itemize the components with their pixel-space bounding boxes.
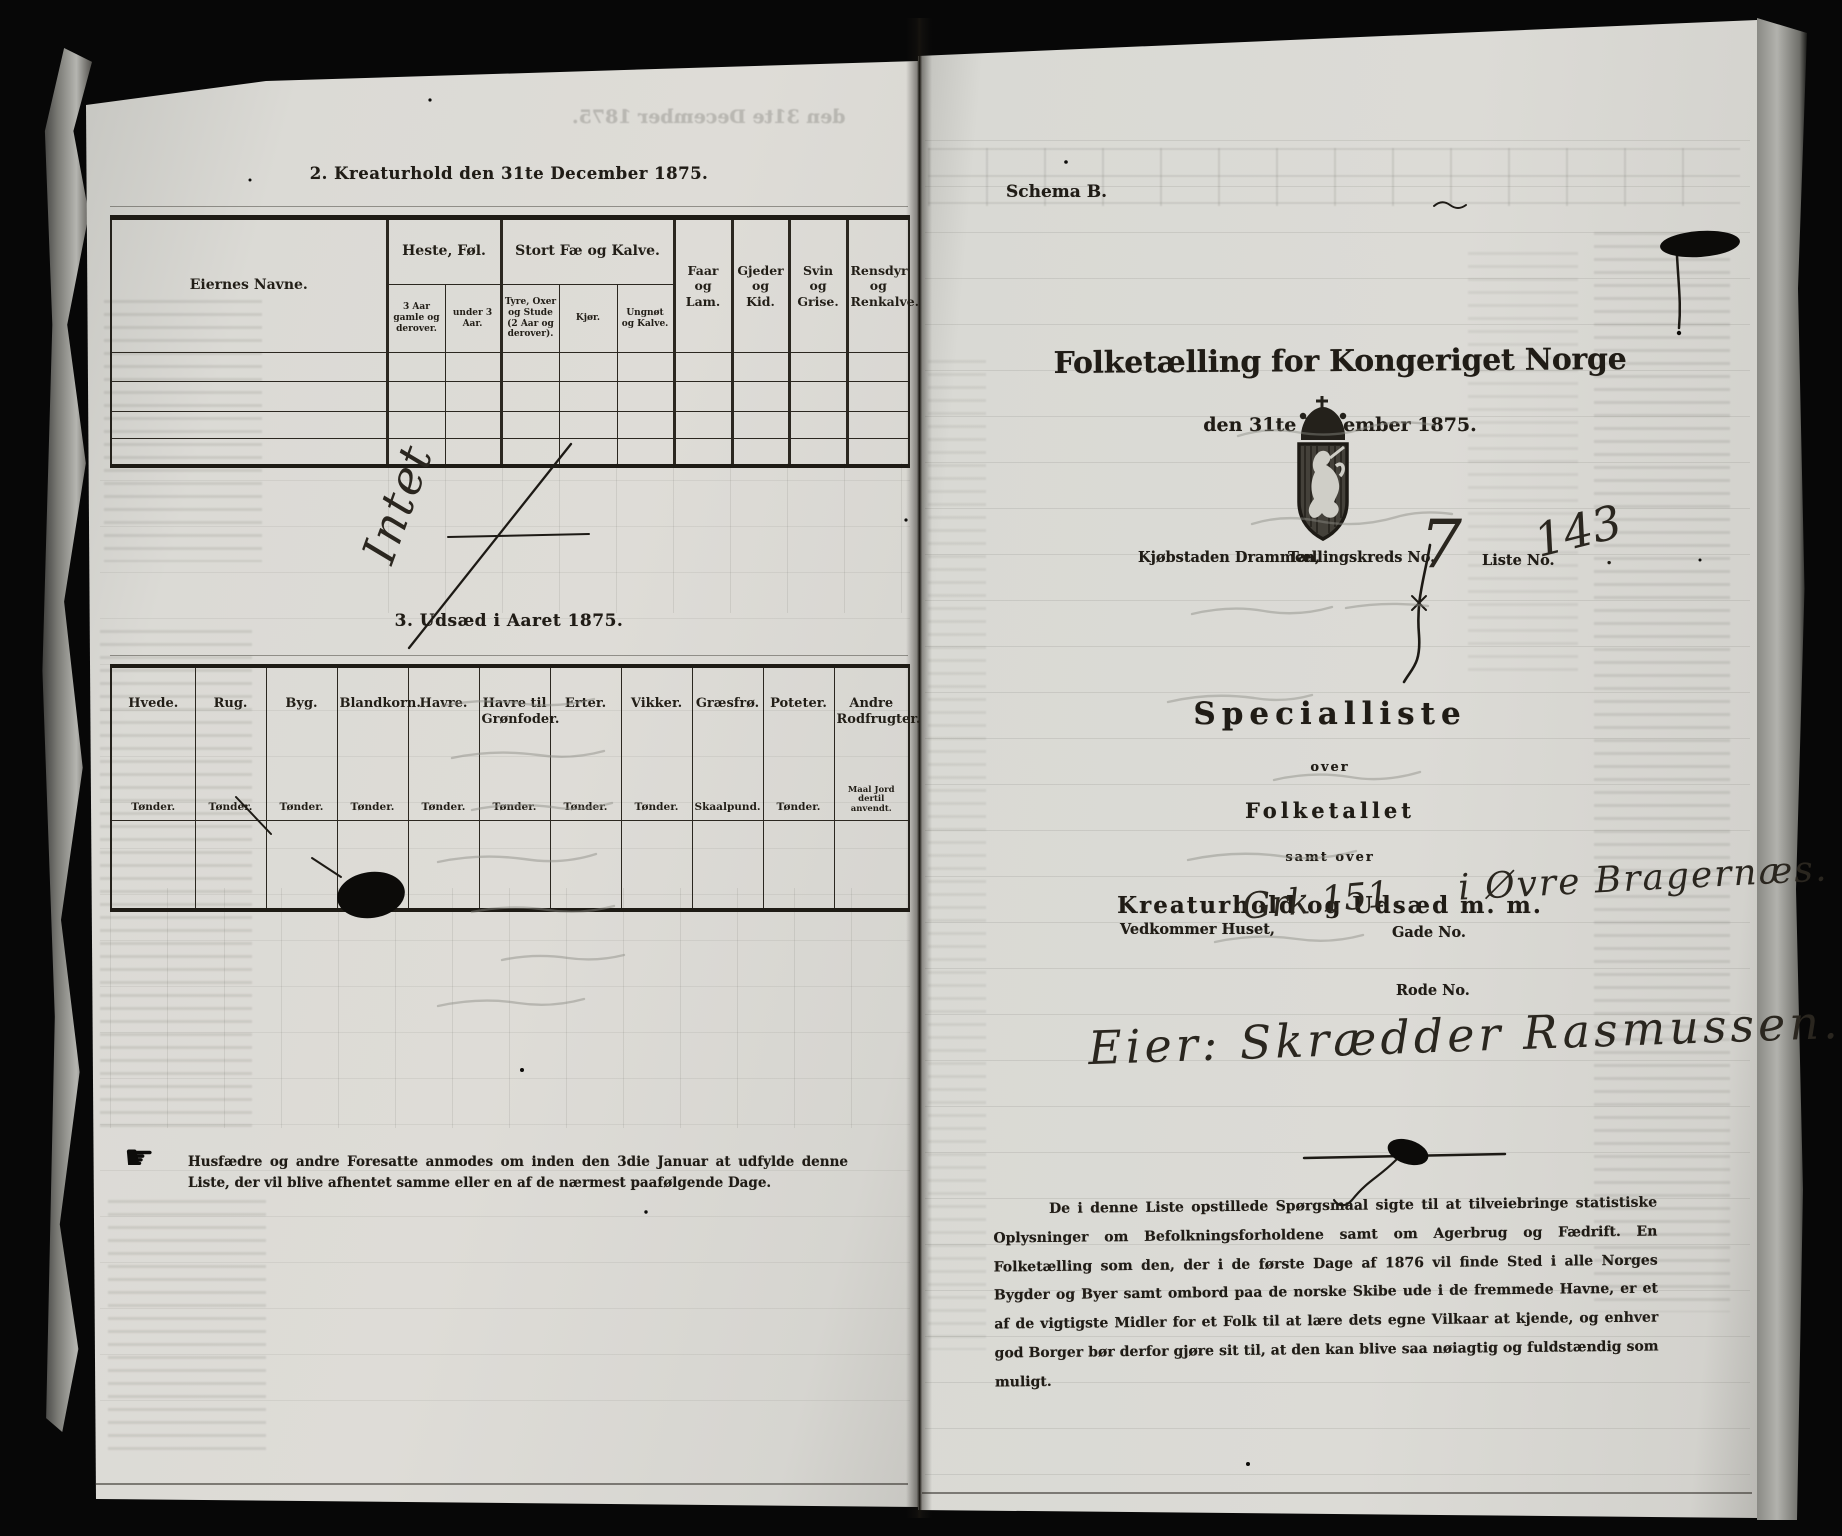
empty-cell — [617, 353, 674, 382]
empty-cell — [732, 439, 789, 466]
empty-cell — [789, 353, 847, 382]
empty-cell — [621, 821, 692, 910]
subcol-heste-under3: under 3 Aar. — [445, 285, 501, 353]
col-header-eiernes-navne: Eiernes Navne. — [111, 218, 387, 353]
torn-page-edge — [30, 48, 92, 1432]
ghost-margin-text-c — [108, 1200, 266, 1450]
empty-cell — [834, 821, 909, 910]
subcol-heste-3aar: 3 Aar gamle og derover. — [387, 285, 445, 353]
empty-cell — [479, 821, 550, 910]
schema-label: Schema B. — [1006, 182, 1107, 202]
instruction-paragraph: De i denne Liste opstillede Spørgsmaal s… — [993, 1189, 1659, 1398]
empty-cell — [111, 821, 195, 910]
col-unit: Tønder. — [482, 802, 548, 814]
col-header-poteter: Poteter.Tønder. — [763, 666, 834, 821]
empty-cell — [617, 412, 674, 439]
ghost-column-near-fold — [928, 360, 986, 1350]
col-header-rug: Rug.Tønder. — [195, 666, 266, 821]
col-header-byg: Byg.Tønder. — [266, 666, 337, 821]
empty-cell — [387, 412, 445, 439]
col-name: Havre. — [411, 696, 477, 712]
empty-cell — [692, 821, 763, 910]
empty-cell — [847, 353, 909, 382]
empty-cell — [111, 439, 387, 466]
empty-cell — [847, 382, 909, 412]
empty-cell — [559, 353, 617, 382]
district-label: Tællingskreds No. — [1288, 549, 1435, 566]
specialliste-folketallet: Folketallet — [1030, 798, 1630, 823]
empty-cell — [674, 353, 732, 382]
col-header-havre: Havre.Tønder. — [408, 666, 479, 821]
col-name: Hvede. — [114, 696, 193, 712]
handwritten-district-number: 7 — [1420, 506, 1462, 583]
empty-cell — [789, 439, 847, 466]
subcol-tyre-oxer: Tyre, Oxer og Stude (2 Aar og derover). — [501, 285, 559, 353]
empty-cell — [337, 821, 408, 910]
empty-cell — [387, 382, 445, 412]
empty-cell — [445, 382, 501, 412]
crown-cross — [1316, 396, 1328, 408]
table-row — [111, 353, 909, 382]
empty-cell — [501, 382, 559, 412]
col-unit: Tønder. — [766, 802, 832, 814]
ghost-mirrored-date: den 31te December 1875. — [572, 106, 846, 128]
col-name: Erter. — [553, 696, 619, 712]
udsaed-table: Hvede.Tønder. Rug.Tønder. Byg.Tønder. Bl… — [110, 664, 910, 912]
empty-cell — [617, 382, 674, 412]
empty-cell — [445, 412, 501, 439]
empty-cell — [408, 821, 479, 910]
group-header-stort-fae: Stort Fæ og Kalve. — [501, 218, 674, 285]
empty-cell — [732, 412, 789, 439]
table-row — [111, 412, 909, 439]
empty-cell — [501, 412, 559, 439]
col-name: Byg. — [269, 696, 335, 712]
underlying-page-edge — [1757, 18, 1807, 1520]
empty-cell — [789, 412, 847, 439]
col-name: Havre til Grønfoder. — [482, 696, 548, 727]
col-unit: Maal Jord dertil anvendt. — [837, 786, 907, 814]
empty-cell — [732, 382, 789, 412]
empty-cell — [674, 439, 732, 466]
empty-cell — [847, 439, 909, 466]
crown — [1301, 407, 1345, 440]
empty-cell — [445, 353, 501, 382]
col-unit: Tønder. — [114, 802, 193, 814]
empty-cell — [847, 412, 909, 439]
table-row — [111, 439, 909, 466]
col-name: Græsfrø. — [695, 696, 761, 712]
kreaturhold-title: 2. Kreaturhold den 31te December 1875. — [110, 164, 908, 183]
gade-label: Gade No. — [1392, 924, 1466, 941]
empty-cell — [732, 353, 789, 382]
ghost-print-column-inner — [1468, 252, 1578, 672]
manicule-icon: ☛ — [124, 1138, 154, 1178]
col-header-erter: Erter.Tønder. — [550, 666, 621, 821]
empty-cell — [674, 412, 732, 439]
col-name: Poteter. — [766, 696, 832, 712]
empty-cell — [674, 382, 732, 412]
empty-cell — [550, 821, 621, 910]
table1-top-ruling — [110, 206, 908, 207]
col-unit: Tønder. — [624, 802, 690, 814]
col-unit: Tønder. — [411, 802, 477, 814]
empty-cell — [387, 353, 445, 382]
bottom-crease-right — [922, 1492, 1752, 1494]
col-name: Vikker. — [624, 696, 690, 712]
empty-cell — [763, 821, 834, 910]
col-name: Rug. — [198, 696, 264, 712]
empty-cell — [445, 439, 501, 466]
scanned-census-spread: den 31te December 1875. 2. Kreaturhold d… — [0, 0, 1842, 1536]
empty-cell — [266, 821, 337, 910]
col-header-andre-rodfrugter: Andre Rodfrugter.Maal Jord dertil anvend… — [834, 666, 909, 821]
empty-cell — [111, 353, 387, 382]
empty-cell — [195, 821, 266, 910]
coat-of-arms-norway — [1284, 392, 1364, 546]
specialliste-over: over — [1030, 760, 1630, 775]
table-row — [111, 821, 909, 910]
bottom-crease-left — [96, 1483, 908, 1485]
udsaed-title: 3. Udsæd i Aaret 1875. — [110, 611, 908, 631]
col-header-gjeder-kid: Gjeder og Kid. — [732, 218, 789, 353]
kreaturhold-table: Eiernes Navne. Heste, Føl. Stort Fæ og K… — [110, 215, 910, 468]
empty-cell — [501, 439, 559, 466]
table2-top-ruling — [110, 655, 908, 656]
col-header-faar-lam: Faar og Lam. — [674, 218, 732, 353]
col-name: Blandkorn. — [340, 696, 406, 712]
col-unit: Tønder. — [269, 802, 335, 814]
col-unit: Skaalpund. — [695, 802, 761, 814]
empty-cell — [111, 412, 387, 439]
col-header-havre-groenfoder: Havre til Grønfoder.Tønder. — [479, 666, 550, 821]
col-unit: Tønder. — [198, 802, 264, 814]
census-title: Folketælling for Kongeriget Norge — [1040, 342, 1640, 381]
empty-cell — [559, 412, 617, 439]
specialliste-title: Specialliste — [1030, 696, 1630, 732]
col-header-vikker: Vikker.Tønder. — [621, 666, 692, 821]
col-header-rensdyr: Rensdyr og Renkalve. — [847, 218, 909, 353]
col-header-graesfroe: Græsfrø.Skaalpund. — [692, 666, 763, 821]
empty-cell — [111, 382, 387, 412]
table-row — [111, 382, 909, 412]
col-unit: Tønder. — [340, 802, 406, 814]
empty-cell — [501, 353, 559, 382]
empty-cell — [559, 382, 617, 412]
rode-label: Rode No. — [1396, 982, 1470, 999]
col-header-svin-grise: Svin og Grise. — [789, 218, 847, 353]
footnote-text: Husfædre og andre Foresatte anmodes om i… — [188, 1152, 848, 1194]
subcol-ungnoet: Ungnøt og Kalve. — [617, 285, 674, 353]
col-header-hvede: Hvede.Tønder. — [111, 666, 195, 821]
empty-cell — [617, 439, 674, 466]
empty-cell — [789, 382, 847, 412]
subcol-kjoer: Kjør. — [559, 285, 617, 353]
col-name: Andre Rodfrugter. — [837, 696, 907, 727]
group-header-heste: Heste, Føl. — [387, 218, 501, 285]
col-unit: Tønder. — [553, 802, 619, 814]
ghost-columns-below-table1 — [388, 463, 908, 613]
col-header-blandkorn: Blandkorn.Tønder. — [337, 666, 408, 821]
empty-cell — [559, 439, 617, 466]
